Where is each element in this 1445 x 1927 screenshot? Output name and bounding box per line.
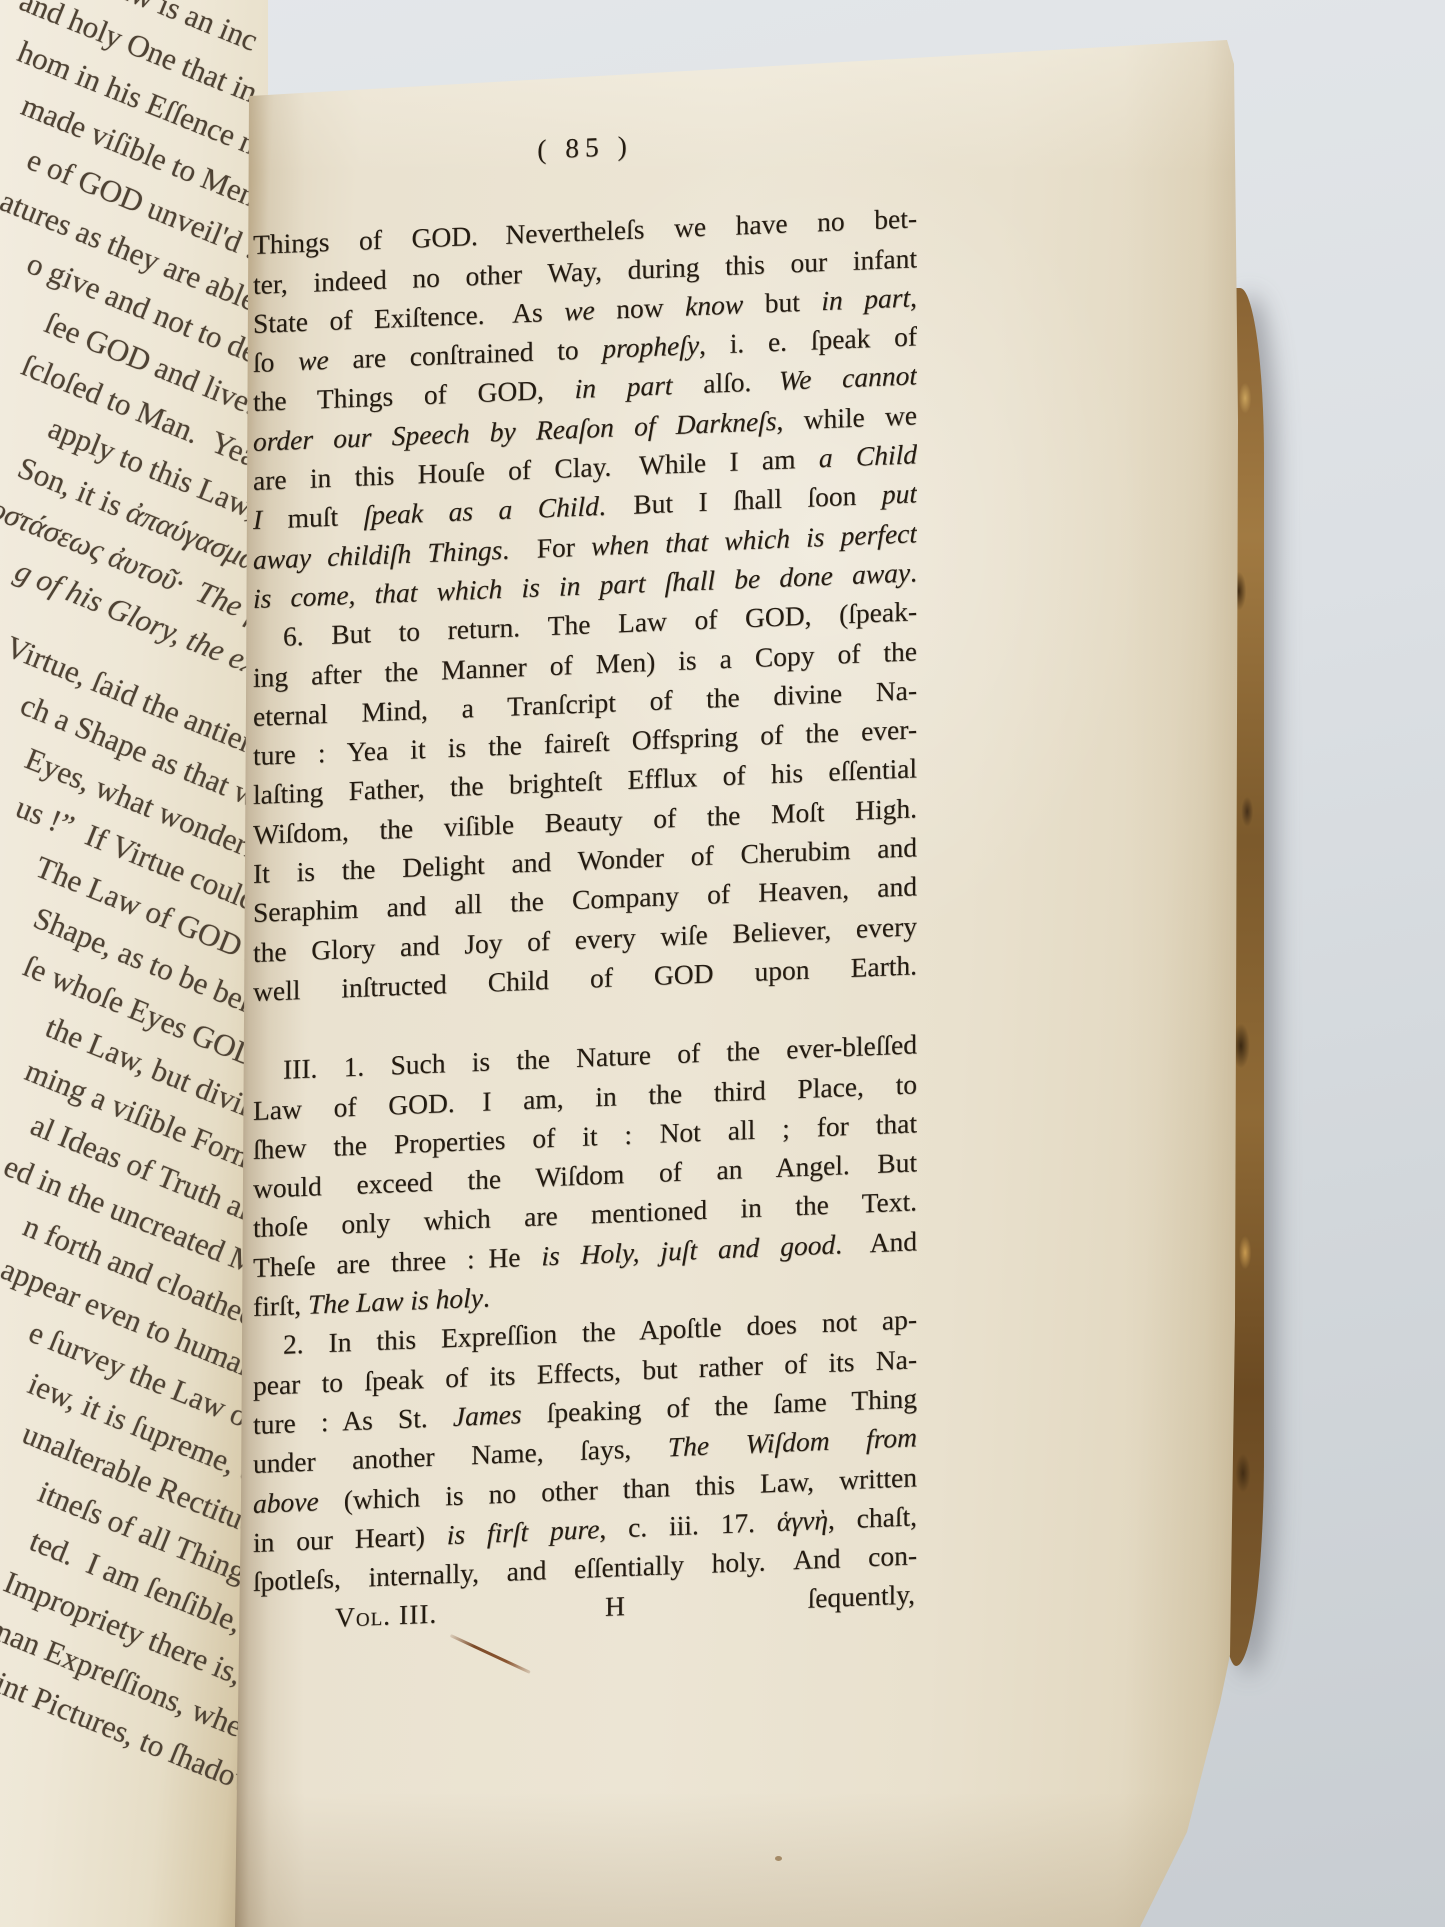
text-segment: , i. e. ſpeak of [699, 321, 917, 361]
text-segment: above [253, 1485, 319, 1519]
text-segment: . [910, 556, 917, 587]
page-body: Things of GOD. Nevertheleſs we have no b… [253, 199, 917, 1602]
text-segment: in part [575, 370, 673, 405]
paper-speck [775, 1856, 782, 1861]
text-segment: we [298, 344, 329, 376]
text-segment: firſt, [253, 1289, 308, 1322]
text-segment: ture : As St. [253, 1401, 453, 1440]
text-segment: now [595, 291, 685, 326]
text-segment: away childiſh Things [253, 534, 502, 575]
text-segment: I [253, 504, 262, 535]
text-segment: ἁγνὴ [777, 1504, 828, 1537]
left-page: aw is an incand holy One that inhom in h… [0, 0, 268, 1927]
text-segment: James [453, 1398, 522, 1432]
text-segment: ſo [253, 345, 298, 378]
text-segment: , while we [777, 399, 917, 436]
text-segment: is firſt pure [447, 1513, 600, 1550]
text-segment: , chaſt, [828, 1500, 917, 1535]
text-segment: . For [502, 530, 591, 565]
text-segment: muſt [262, 500, 363, 535]
text-segment: The Law is holy [308, 1282, 483, 1320]
paragraph: III. 1. Such is the Nature of the ever-b… [253, 1025, 917, 1327]
text-segment: alſo. [673, 365, 779, 400]
text-segment: we [564, 294, 595, 326]
text-segment: The Wiſdom from [668, 1422, 917, 1463]
right-page: ( 85 ) Things of GOD. Nevertheleſs we ha… [235, 0, 1245, 1927]
text-segment: but [743, 285, 821, 319]
text-segment: We cannot [779, 360, 917, 397]
text-segment: , c. iii. 17. [599, 1506, 776, 1544]
text-segment: Theſe are three : He [253, 1240, 541, 1283]
signature-mark: H [605, 1586, 625, 1626]
text-segment: ſpeak as a Child [364, 490, 599, 530]
text-segment: . And [835, 1225, 917, 1259]
page-text: ( 85 ) Things of GOD. Nevertheleſs we ha… [253, 0, 917, 1641]
text-segment: in our Heart) [253, 1519, 447, 1558]
text-segment: in part [821, 281, 910, 316]
text-segment: , [910, 281, 917, 312]
text-segment: . [483, 1282, 490, 1313]
text-segment: propheſy [602, 329, 699, 364]
text-segment: a Child [819, 438, 917, 473]
volume-label: Vol. III. [335, 1598, 437, 1633]
text-segment: is Holy, juſt and good [541, 1228, 835, 1271]
page-number: ( 85 ) [253, 114, 917, 180]
paragraph: 6. But to return. The Law of GOD, (ſpeak… [253, 592, 917, 1012]
catchword: ſequently, [808, 1575, 915, 1619]
text-segment: know [685, 288, 743, 321]
text-segment: put [882, 478, 917, 510]
paragraph: Things of GOD. Nevertheleſs we have no b… [253, 199, 917, 619]
text-segment: . But I ſhall ſoon [599, 479, 882, 521]
text-segment: are conſtrained to [329, 333, 603, 375]
paragraph: 2. In this Expreſſion the Apoſtle does n… [253, 1300, 917, 1602]
scratch-mark [450, 1634, 531, 1674]
